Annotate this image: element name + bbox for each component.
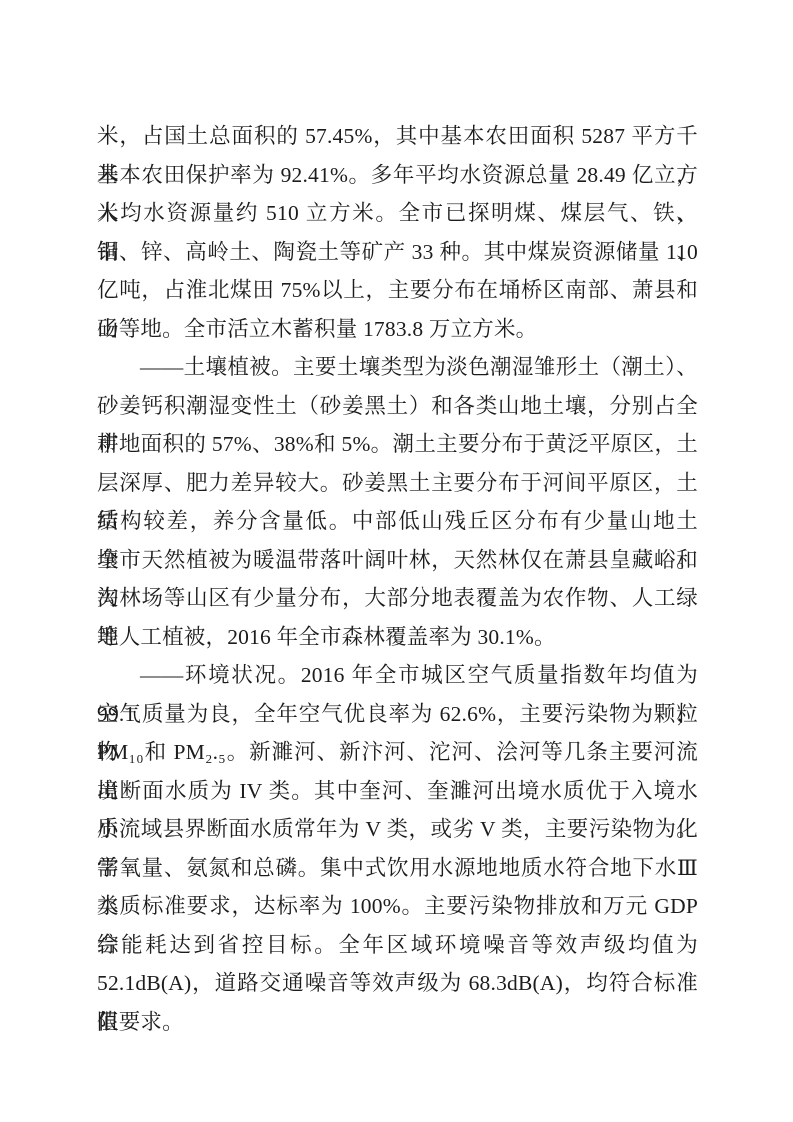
text-line: 全市天然植被为暖温带落叶阔叶林，天然林仅在萧县皇藏峪和夹 [97, 541, 698, 580]
text-line: 境断面水质为 IV 类。其中奎河、奎濉河出境水质优于入境水质。 [97, 772, 698, 811]
text-line: 层深厚、肥力差异较大。砂姜黑土主要分布于河间平原区，土质 [97, 464, 698, 503]
text-line: 基本农田保护率为 92.41%。多年平均水资源总量 28.49 亿立方米， [97, 156, 698, 195]
text-line: 合能耗达到省控目标。全年区域环境噪音等效声级均值为 [97, 926, 698, 965]
text-line: 结构较差，养分含量低。中部低山残丘区分布有少量山地土壤。 [97, 502, 698, 541]
paragraph-land-and-resources: 米，占国土总面积的 57.45%，其中基本农田面积 5287 平方千米， 基本农… [97, 117, 698, 348]
text-line: 需氧量、氨氮和总磷。集中式饮用水源地地质水符合地下水Ⅲ类 [97, 849, 698, 888]
text-line: 小流域县界断面水质常年为 V 类，或劣 V 类，主要污染物为化学 [97, 810, 698, 849]
text-line: ——环境状况。2016 年全市城区空气质量指数年均值为 99.1， [97, 656, 698, 695]
text-line: 空气质量为良，全年空气优良率为 62.6%，主要污染物为颗粒物 [97, 695, 698, 734]
text-line: 水质标准要求，达标率为 100%。主要污染物排放和万元 GDP 综 [97, 887, 698, 926]
text-line: 砂姜钙积潮湿变性土（砂姜黑土）和各类山地土壤，分别占全市 [97, 387, 698, 426]
text-line: 沟林场等山区有少量分布，大部分地表覆盖为农作物、人工绿地 [97, 579, 698, 618]
text-line: 耕地面积的 57%、38%和 5%。潮土主要分布于黄泛平原区，土 [97, 425, 698, 464]
text-line: 52.1dB(A)，道路交通噪音等效声级为 68.3dB(A)，均符合标准限 [97, 964, 698, 1003]
text-line: 亿吨，占淮北煤田 75%以上，主要分布在埇桥区南部、萧县和砀 [97, 271, 698, 310]
text-line: ——土壤植被。主要土壤类型为淡色潮湿雏形土（潮土）、 [97, 348, 698, 387]
text-line: 铅、锌、高岭土、陶瓷土等矿产 33 种。其中煤炭资源储量 110 [97, 233, 698, 272]
document-page: 米，占国土总面积的 57.45%，其中基本农田面积 5287 平方千米， 基本农… [0, 0, 793, 1122]
paragraph-soil-vegetation: ——土壤植被。主要土壤类型为淡色潮湿雏形土（潮土）、 砂姜钙积潮湿变性土（砂姜黑… [97, 348, 698, 656]
text-line: 值要求。 [97, 1003, 698, 1042]
text-block: 米，占国土总面积的 57.45%，其中基本农田面积 5287 平方千米， 基本农… [97, 117, 698, 1041]
text-line: 等人工植被，2016 年全市森林覆盖率为 30.1%。 [97, 618, 698, 657]
text-line: PM₁₀和 PM₂.₅。新濉河、新汴河、沱河、浍河等几条主要河流出 [97, 733, 698, 772]
paragraph-environment-status: ——环境状况。2016 年全市城区空气质量指数年均值为 99.1， 空气质量为良… [97, 656, 698, 1041]
text-line: 人均水资源量约 510 立方米。全市已探明煤、煤层气、铁、铜、 [97, 194, 698, 233]
text-line: 米，占国土总面积的 57.45%，其中基本农田面积 5287 平方千米， [97, 117, 698, 156]
text-line: 山等地。全市活立木蓄积量 1783.8 万立方米。 [97, 310, 698, 349]
